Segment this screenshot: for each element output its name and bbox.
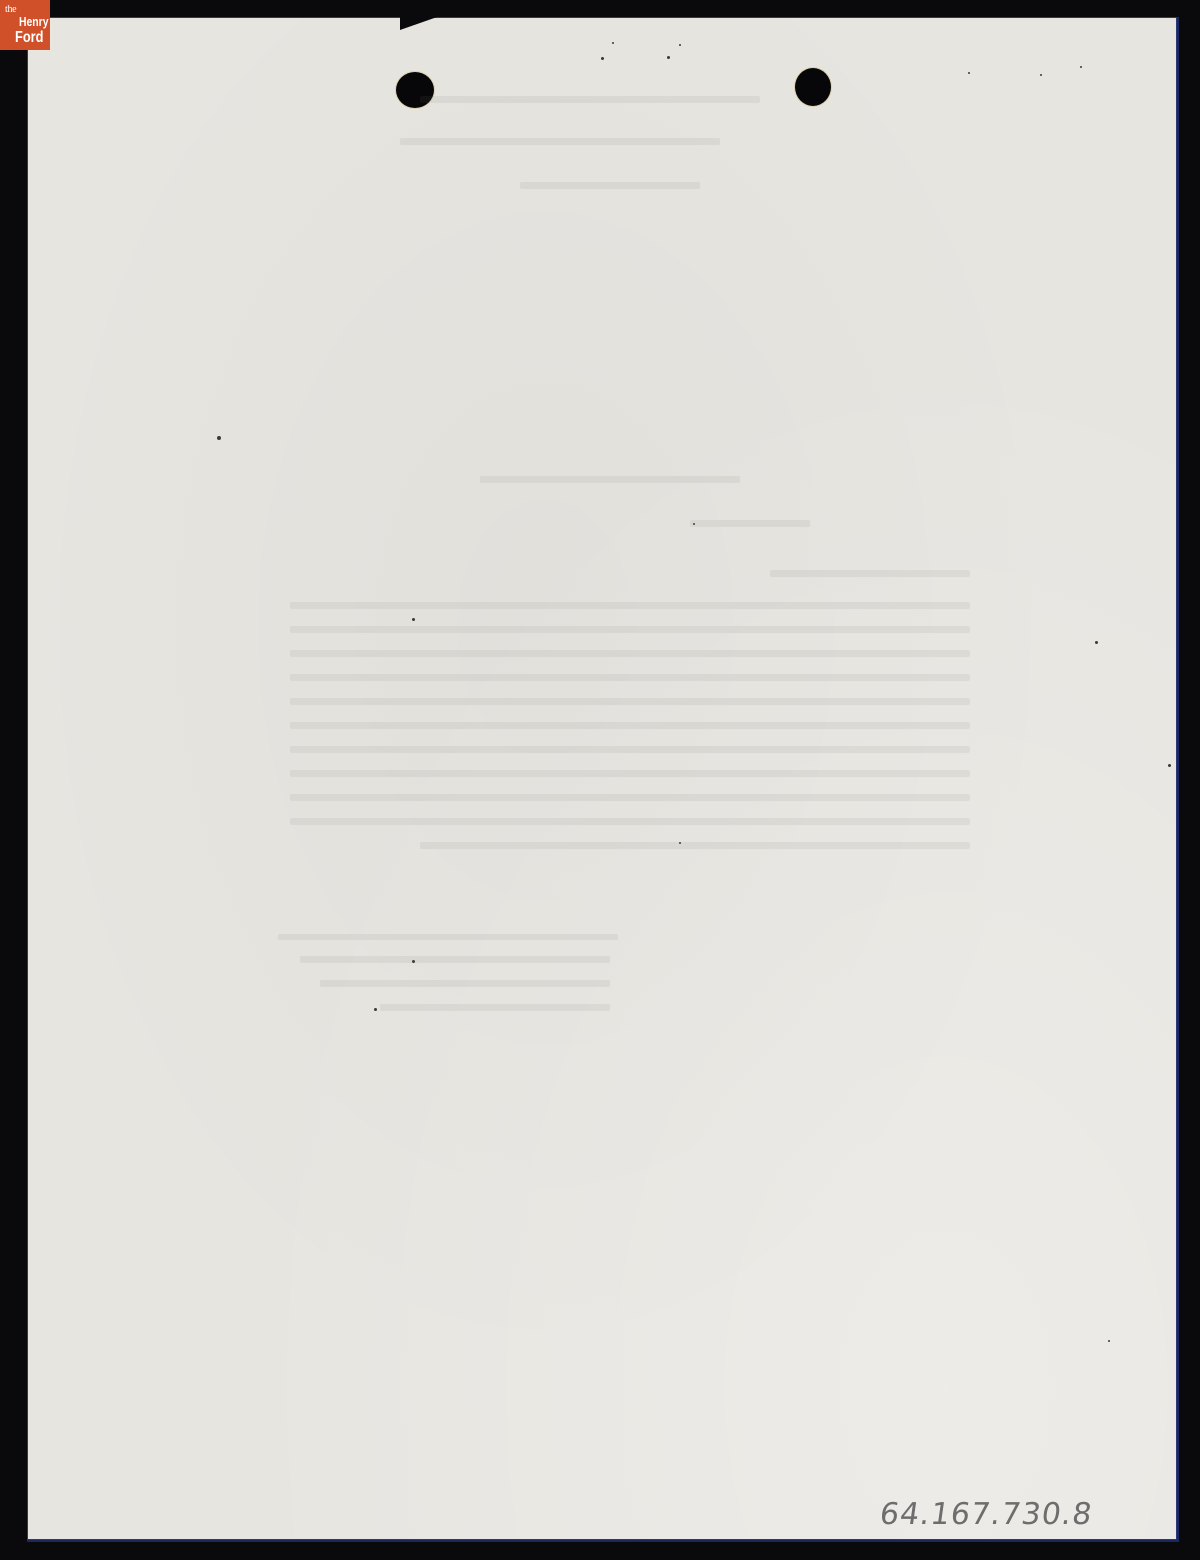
logo-ford: Ford — [15, 29, 43, 47]
paper-speck — [667, 56, 670, 59]
paper-speck — [412, 618, 415, 621]
accession-number: 64.167.730.8 — [878, 1497, 1095, 1532]
document-page — [28, 18, 1176, 1539]
the-henry-ford-logo: the Henry Ford — [0, 0, 50, 50]
paper-speck — [1108, 1340, 1110, 1342]
paper-speck — [679, 44, 681, 46]
paper-speck — [601, 57, 604, 60]
paper-speck — [968, 72, 970, 74]
paper-speck — [1040, 74, 1042, 76]
torn-edge — [400, 16, 440, 30]
logo-the: the — [5, 4, 16, 15]
paper-speck — [1080, 66, 1082, 68]
paper-speck — [374, 1008, 377, 1011]
logo-henry: Henry — [19, 14, 48, 29]
paper-speck — [217, 436, 221, 440]
punch-hole-right — [795, 68, 831, 106]
paper-speck — [1095, 641, 1098, 644]
paper-speck — [1168, 764, 1171, 767]
paper-speck — [612, 42, 614, 44]
